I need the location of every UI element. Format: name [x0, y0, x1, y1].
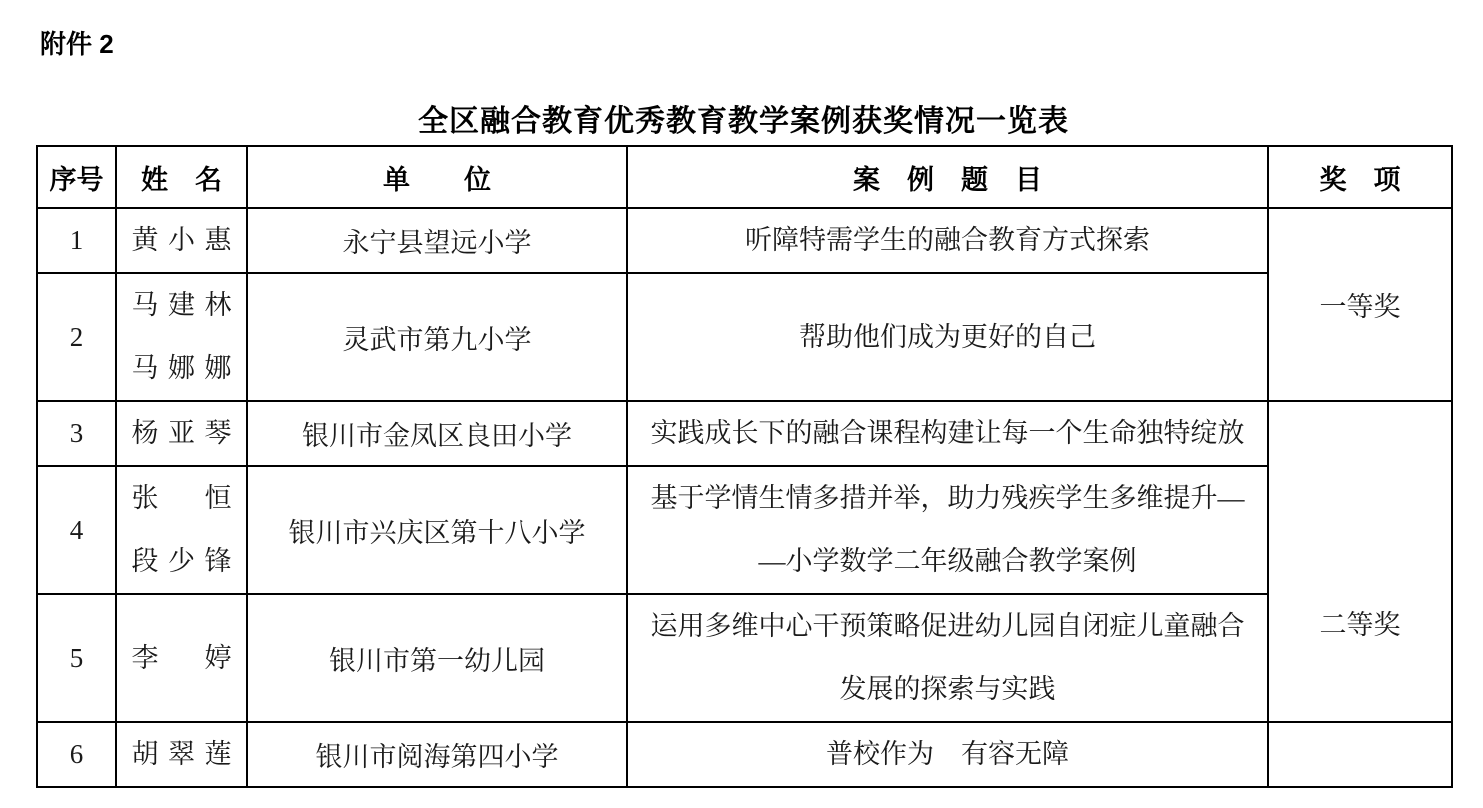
award-text: 一等奖 [1320, 292, 1401, 322]
column-header-unit: 单 位 [247, 146, 627, 208]
table-row: 2 马建林 马娜娜 灵武市第九小学 帮助他们成为更好的自己 [37, 273, 1452, 401]
table-row: 4 张 恒 段少锋 银川市兴庆区第十八小学 基于学情生情多措并举，助力残疾学生多… [37, 466, 1452, 594]
index-cell: 2 [37, 273, 116, 401]
case-title-cell: 运用多维中心干预策略促进幼儿园自闭症儿童融合 发展的探索与实践 [627, 594, 1268, 722]
case-title-text: 听障特需学生的融合教育方式探索 [628, 209, 1267, 272]
name-text: 黄小惠 [132, 209, 232, 272]
unit-cell: 银川市阅海第四小学 [247, 722, 627, 787]
award-cell-empty [1268, 722, 1452, 787]
case-title-text: 发展的探索与实践 [628, 658, 1267, 721]
unit-cell: 银川市金凤区良田小学 [247, 401, 627, 466]
unit-cell: 灵武市第九小学 [247, 273, 627, 401]
case-title-text: 普校作为 有容无障 [628, 723, 1267, 786]
case-title-text: 运用多维中心干预策略促进幼儿园自闭症儿童融合 [628, 595, 1267, 658]
case-title-cell: 基于学情生情多措并举，助力残疾学生多维提升— —小学数学二年级融合教学案例 [627, 466, 1268, 594]
table-row: 5 李 婷 银川市第一幼儿园 运用多维中心干预策略促进幼儿园自闭症儿童融合 发展… [37, 594, 1452, 722]
name-text: 张 恒 [132, 467, 232, 530]
column-header-case-title: 案 例 题 目 [627, 146, 1268, 208]
name-text: 李 婷 [132, 627, 232, 690]
column-header-index: 序号 [37, 146, 116, 208]
unit-cell: 银川市兴庆区第十八小学 [247, 466, 627, 594]
case-title-cell: 实践成长下的融合课程构建让每一个生命独特绽放 [627, 401, 1268, 466]
unit-cell: 永宁县望远小学 [247, 208, 627, 273]
page-title: 全区融合教育优秀教育教学案例获奖情况一览表 [36, 96, 1451, 140]
index-cell: 4 [37, 466, 116, 594]
document-page: 附件 2 全区融合教育优秀教育教学案例获奖情况一览表 序号 姓 名 单 位 案 … [0, 0, 1483, 808]
case-title-text: 帮助他们成为更好的自己 [628, 306, 1267, 369]
name-text: 马建林 [132, 274, 232, 337]
name-text: 胡翠莲 [132, 723, 232, 786]
case-title-text: —小学数学二年级融合教学案例 [628, 530, 1267, 593]
index-cell: 5 [37, 594, 116, 722]
index-cell: 6 [37, 722, 116, 787]
name-cell: 马建林 马娜娜 [116, 273, 247, 401]
header-row: 序号 姓 名 单 位 案 例 题 目 奖 项 [37, 146, 1452, 208]
index-cell: 3 [37, 401, 116, 466]
table-row: 6 胡翠莲 银川市阅海第四小学 普校作为 有容无障 [37, 722, 1452, 787]
awards-table: 序号 姓 名 单 位 案 例 题 目 奖 项 1 黄小惠 永宁县望远小学 听障特… [36, 145, 1453, 788]
name-cell: 胡翠莲 [116, 722, 247, 787]
name-text: 段少锋 [132, 530, 232, 593]
award-cell-first-prize: 一等奖 [1268, 208, 1452, 401]
case-title-cell: 听障特需学生的融合教育方式探索 [627, 208, 1268, 273]
name-cell: 黄小惠 [116, 208, 247, 273]
name-cell: 杨亚琴 [116, 401, 247, 466]
column-header-award: 奖 项 [1268, 146, 1452, 208]
name-cell: 李 婷 [116, 594, 247, 722]
award-text: 二等奖 [1320, 603, 1401, 642]
award-cell-second-prize: 二等奖 [1268, 401, 1452, 722]
case-title-text: 实践成长下的融合课程构建让每一个生命独特绽放 [628, 402, 1267, 465]
case-title-cell: 普校作为 有容无障 [627, 722, 1268, 787]
name-text: 杨亚琴 [132, 402, 232, 465]
column-header-name: 姓 名 [116, 146, 247, 208]
name-text: 马娜娜 [132, 337, 232, 400]
unit-cell: 银川市第一幼儿园 [247, 594, 627, 722]
table-row: 1 黄小惠 永宁县望远小学 听障特需学生的融合教育方式探索 一等奖 [37, 208, 1452, 273]
name-cell: 张 恒 段少锋 [116, 466, 247, 594]
table-row: 3 杨亚琴 银川市金凤区良田小学 实践成长下的融合课程构建让每一个生命独特绽放 … [37, 401, 1452, 466]
attachment-label: 附件 2 [40, 24, 114, 61]
case-title-cell: 帮助他们成为更好的自己 [627, 273, 1268, 401]
case-title-text: 基于学情生情多措并举，助力残疾学生多维提升— [628, 467, 1267, 530]
index-cell: 1 [37, 208, 116, 273]
